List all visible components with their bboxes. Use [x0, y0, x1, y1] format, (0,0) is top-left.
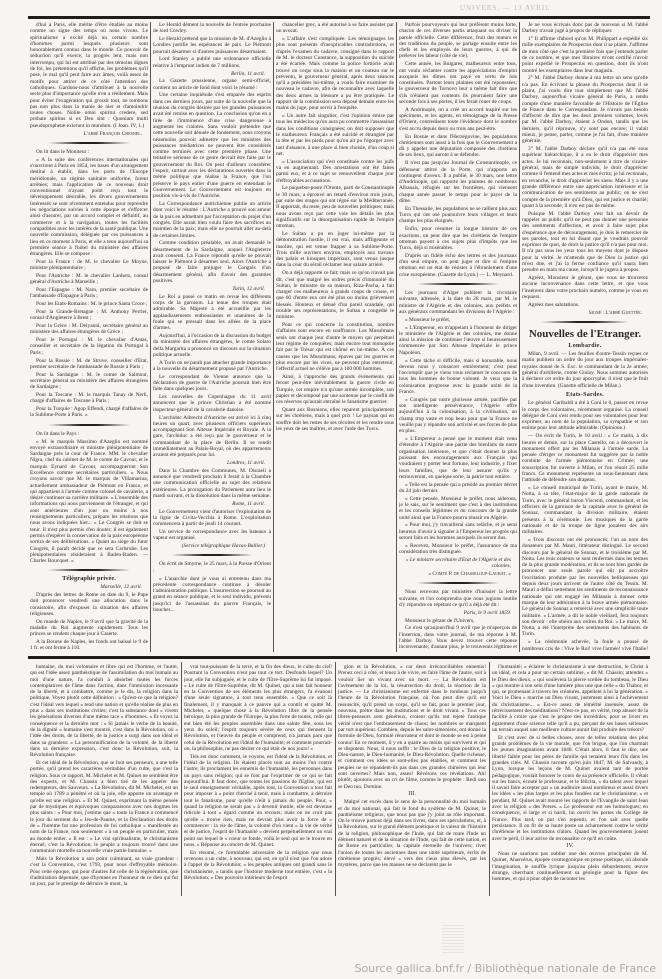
delegate-item: Pour la Russie : M. de Struve, conseille…: [30, 358, 148, 371]
article-text: « Cette tâche si difficile, mais si hono…: [399, 358, 517, 396]
article-text: « L'Empereur a pensé que le moment était…: [399, 436, 517, 480]
column-divider: [519, 22, 520, 652]
column-5: Je ne vous écrivais donc pas de nouveau …: [522, 22, 648, 650]
signature: Signé : L'abbé Guettée.: [522, 310, 648, 316]
feuilleton-rule: [28, 656, 650, 659]
source-intro: On lit dans le Pays :: [30, 431, 148, 437]
article-text: humaine, du moi volontaire et libre qui …: [30, 664, 178, 758]
article-text: vrai tout-puissant de la terre, et la fi…: [184, 664, 332, 752]
column-3: chancelier grec, a été autorisé à se fai…: [276, 22, 394, 650]
article-text: Je ne vous écrivais donc pas de nouveau …: [522, 22, 648, 35]
article-text: Le général Garibaldi a été à Coni le 6, …: [522, 400, 648, 431]
article-text: Un service de correspondance avec les ba…: [153, 529, 271, 542]
column-1: d'hui à Paris, elle mérite d'être étudié…: [30, 22, 148, 650]
article-text: « Trois discours ont été prononcés; l'un…: [522, 537, 648, 638]
article-text: Le Sultan a pu en juger lui-même par la …: [276, 231, 394, 269]
article-text: — On écrit de Turin, le 10 avril : « Ce …: [522, 433, 648, 483]
ornament-divider: [541, 321, 629, 323]
article-text: A Turin on ne paraît pas attacher grande…: [153, 360, 271, 373]
ornament-divider: [48, 142, 131, 144]
article-text: « Recevez, Monsieur le préfet, l'assuran…: [399, 543, 517, 556]
article-text: Le correspondant de Vienne annonce que l…: [153, 374, 271, 393]
article-text: En Thessalie, les populations ne se rall…: [399, 206, 517, 225]
delegate-item: Pour la Sardaigne : M. le comte de Salmo…: [30, 372, 148, 391]
article-text: Lord Stanley a publié une ordonnance off…: [153, 56, 271, 69]
ornament-divider: [417, 582, 500, 584]
section-title-telegraphie: Télégraphie privée.: [30, 576, 148, 582]
article-text: l'humanité; « éclairer le christianisme …: [492, 664, 648, 733]
column-2: Le Herald dément la nouvelle de l'entrée…: [153, 22, 271, 650]
feuilleton-column-3: gion et la Révolution, « car deux irréco…: [338, 664, 486, 894]
article-text: « L'Empereur, en m'appelant à l'honneur …: [399, 325, 517, 356]
top-rule: [28, 16, 650, 19]
article-text: Parfois pourvoyeurs qui leur préfèrent m…: [399, 22, 517, 60]
article-text: Agréez, Monsieur le gérant, que vous ne …: [522, 275, 648, 300]
article-text: « Le conseil municipal de Turin, ayant l…: [522, 485, 648, 535]
delegate-item: Pour l'Espagne : M. Naro, premier secrét…: [30, 287, 148, 300]
ornament-divider: [171, 554, 254, 556]
dateline: Turin, 12 avril.: [153, 286, 271, 292]
signature: « Comte P. de Chasseloup-Laubat. »: [399, 571, 517, 577]
article-text: gion et la Révolution, « car deux irréco…: [338, 664, 486, 790]
column-4: Parfois pourvoyeurs qui leur préfèrent m…: [399, 22, 517, 650]
article-text: Puisque M. l'abbé Darboy s'est fait un d…: [522, 211, 648, 274]
column-divider: [273, 22, 274, 652]
subsection-title-etats-sardes: Etats-Sardes.: [522, 392, 648, 398]
article-text: Le Roi a passé ce matin en revue les dif…: [153, 294, 271, 332]
feuilleton-column-4: l'humanité; « éclairer le christianisme …: [492, 664, 648, 894]
article-text: Les journaux d'Alger publient la circula…: [399, 290, 517, 315]
article-text: En résumé, ce formidable adversaire de l…: [184, 850, 332, 881]
article-text: Mais la Révolution a son point culminant…: [30, 856, 178, 887]
dateline: Marseille, 12 avril.: [30, 584, 148, 590]
article-text: D'après des lettres de Rome en date du 9…: [30, 592, 148, 617]
dateline: Rome, 11 avril.: [153, 501, 271, 507]
signature-role: « Le ministre secrétaire d'Etat de l'Alg…: [399, 557, 517, 570]
article-text: A la Bourse de Naples, les fonds ont bai…: [30, 639, 148, 650]
article-text: L'archiduc Albrecht d'Autriche est arriv…: [153, 415, 271, 459]
delegate-item: Pour la France : de M. le chevalier Le M…: [30, 259, 148, 272]
article-text: La Gazette prussienne, organe semi-offic…: [153, 78, 271, 91]
article-text: Aujourd'hui, à l'occasion de la discussi…: [153, 333, 271, 358]
ornament-divider: [417, 283, 500, 285]
subsection-title-lombardie: Lombardie.: [522, 343, 648, 349]
article-text: Il n'est pas jusqu'au Journal de Constan…: [399, 160, 517, 204]
article-text: « Pour moi, j'y travaillerai sans relâch…: [399, 522, 517, 541]
article-text: Enfin, pour résumer la longue histoire d…: [399, 226, 517, 251]
feuilleton-column-2: vrai tout-puissant de la terre, et la fi…: [184, 664, 332, 894]
delegate-item: Pour la Turquie : Agop Effendi, chargé d…: [30, 406, 148, 419]
delegate-item: Pour la Toscane : M. le marquis Tanay de…: [30, 392, 148, 405]
article-text: Le Herald prétend que la mission de M. d…: [153, 36, 271, 55]
article-text: d'hui à Paris, elle mérite d'être étudié…: [30, 22, 148, 129]
article-text: « A la suite des conférences internation…: [30, 157, 148, 258]
salutation: « Monsieur le préfet,: [399, 317, 517, 323]
article-text: « L'anarchie dont je vous ai entretenu d…: [153, 576, 271, 614]
dateline: Londres, 11 avril.: [153, 460, 271, 466]
article-text: Le Gouvernement vient d'autoriser l'expl…: [153, 509, 271, 528]
article-text: « Un autre fait singulier, c'est l'opini…: [276, 113, 394, 157]
article-text: Une certaine inquiétude s'est emparée de…: [153, 92, 271, 199]
article-text: Et c'est avec de si belles choses, avec …: [492, 735, 648, 842]
article-text: 3° M. l'abbé Darboy déclare qu'il n'a pa…: [522, 146, 648, 209]
running-header: UNIVERS. — 13 AVRIL: [460, 4, 550, 12]
delegate-item: Pour l'Autriche : M. le chevalier Lanhot…: [30, 273, 148, 286]
column-divider: [181, 662, 182, 896]
dateline: Berlin, 11 avril.: [153, 71, 271, 77]
article-text: D'après un fidèle écho des lettres et de…: [399, 253, 517, 278]
article-text: Le paquebot-poste l'Oronte, parti de Con…: [276, 185, 394, 229]
section-numeral: IV.: [492, 843, 648, 849]
ornament-divider: [48, 569, 131, 571]
delegate-item: Pour la Grèce : M. Delyanni, secrétaire …: [30, 323, 148, 336]
article-text: Ce n'est qu'aujourd'hui 9 avril que je m…: [399, 625, 517, 650]
section-numeral: III.: [338, 791, 486, 797]
feuilleton-column-1: humaine, du moi volontaire et libre qui …: [30, 664, 178, 894]
article-text: Ainsi, à l'approche des grands événement…: [276, 374, 394, 405]
section-title-etranger: Nouvelles de l'Etranger.: [522, 328, 648, 340]
column-divider: [150, 22, 151, 652]
article-text: Tels est donc comment, le voyons, est l'…: [184, 754, 332, 848]
ornament-divider: [48, 424, 131, 426]
article-text: En Bosnie et dans l'Herzégovine, les pop…: [399, 134, 517, 159]
article-text: La Correspondance autrichienne publie un…: [153, 201, 271, 239]
article-text: Nous ne saurions pas oublier une des œuv…: [492, 851, 648, 882]
article-text: Milan, 9 avril. — Les feuilles d'outre-T…: [522, 351, 648, 389]
source-footer: Source gallica.bnf.fr / Bibliothèque nat…: [355, 962, 656, 975]
article-text: Dans la Chambre des Communes, M. Disrael…: [153, 468, 271, 499]
library-stamp: [442, 925, 464, 953]
salutation: Monsieur le gérant de l'Univers,: [399, 618, 517, 624]
column-divider: [335, 662, 336, 896]
column-divider: [489, 662, 490, 896]
article-text: On a déjà rapporté ce fait; mais ce qu'o…: [276, 270, 394, 320]
article-text: « M. le marquis Massimo d'Azeglio est no…: [30, 439, 148, 565]
column-divider: [396, 22, 397, 652]
article-text: On écrit de Smyrne, le 25 mars, à la Pre…: [153, 561, 271, 574]
article-text: A Andrinople, on a créé un accord inspir…: [399, 107, 517, 132]
article-text: « Telle est la pensée qui a présidé au p…: [399, 482, 517, 495]
article-text: « Congrès par notre glorieuse armée, pac…: [399, 397, 517, 435]
dateline: Paris, le 9 avril 1859.: [399, 610, 517, 616]
article-text: 2° M. l'abbé Darboy donne à ma lettre un…: [522, 75, 648, 144]
article-text: 1° Il affirme d'abord qu'on M. Philippar…: [522, 36, 648, 74]
article-text: « Cette pensée, Monsieur le préfet, nous…: [399, 496, 517, 521]
article-text: « L'affaire s'est compliquée. Les témoig…: [276, 36, 394, 112]
signature: L'abbé François Chesnel.: [30, 131, 148, 137]
article-text: Comme condition préalable, on avait dema…: [153, 240, 271, 284]
article-text: Agréez mes salutations.: [522, 302, 648, 308]
delegate-item: Pour la Grande-Bretagne : M. Anthony Per…: [30, 309, 148, 322]
article-text: Cette année, les Bulgares, malheureux en…: [399, 61, 517, 105]
article-text: Quant aux Bosniens, elles reparent princ…: [276, 407, 394, 432]
article-text: Les nouvelles de Copenhague du 11 avril …: [153, 394, 271, 413]
article-text: Et cet idéal de la Révolution, que se fo…: [30, 760, 178, 854]
article-text: Malgré cet excès dans le sens de la pers…: [338, 799, 486, 868]
service-credit: (Service télégraphique Havas-Bullier.): [153, 543, 271, 549]
article-text: Pour ce qui concerne la constitution, no…: [276, 322, 394, 372]
article-text: Nous recevons par ministère d'huissier l…: [399, 589, 517, 608]
article-text: On mande de Naples, le 9 avril que la gr…: [30, 619, 148, 638]
article-text: chancelier grec, a été autorisé à se fai…: [276, 22, 394, 35]
delegate-item: Pour le Portugal : M. le chevalier d'Ant…: [30, 337, 148, 356]
article-text: « La cérémonie achevée, la foule a pouss…: [522, 639, 648, 650]
delegate-item: Pour les Etats-Romains : M. le prince Sa…: [30, 301, 148, 307]
source-intro: On lit dans le Moniteur :: [30, 149, 148, 155]
article-text: « L'association qui s'est constituée con…: [276, 159, 394, 184]
article-text: Le Herald dément la nouvelle de l'entrée…: [153, 22, 271, 35]
